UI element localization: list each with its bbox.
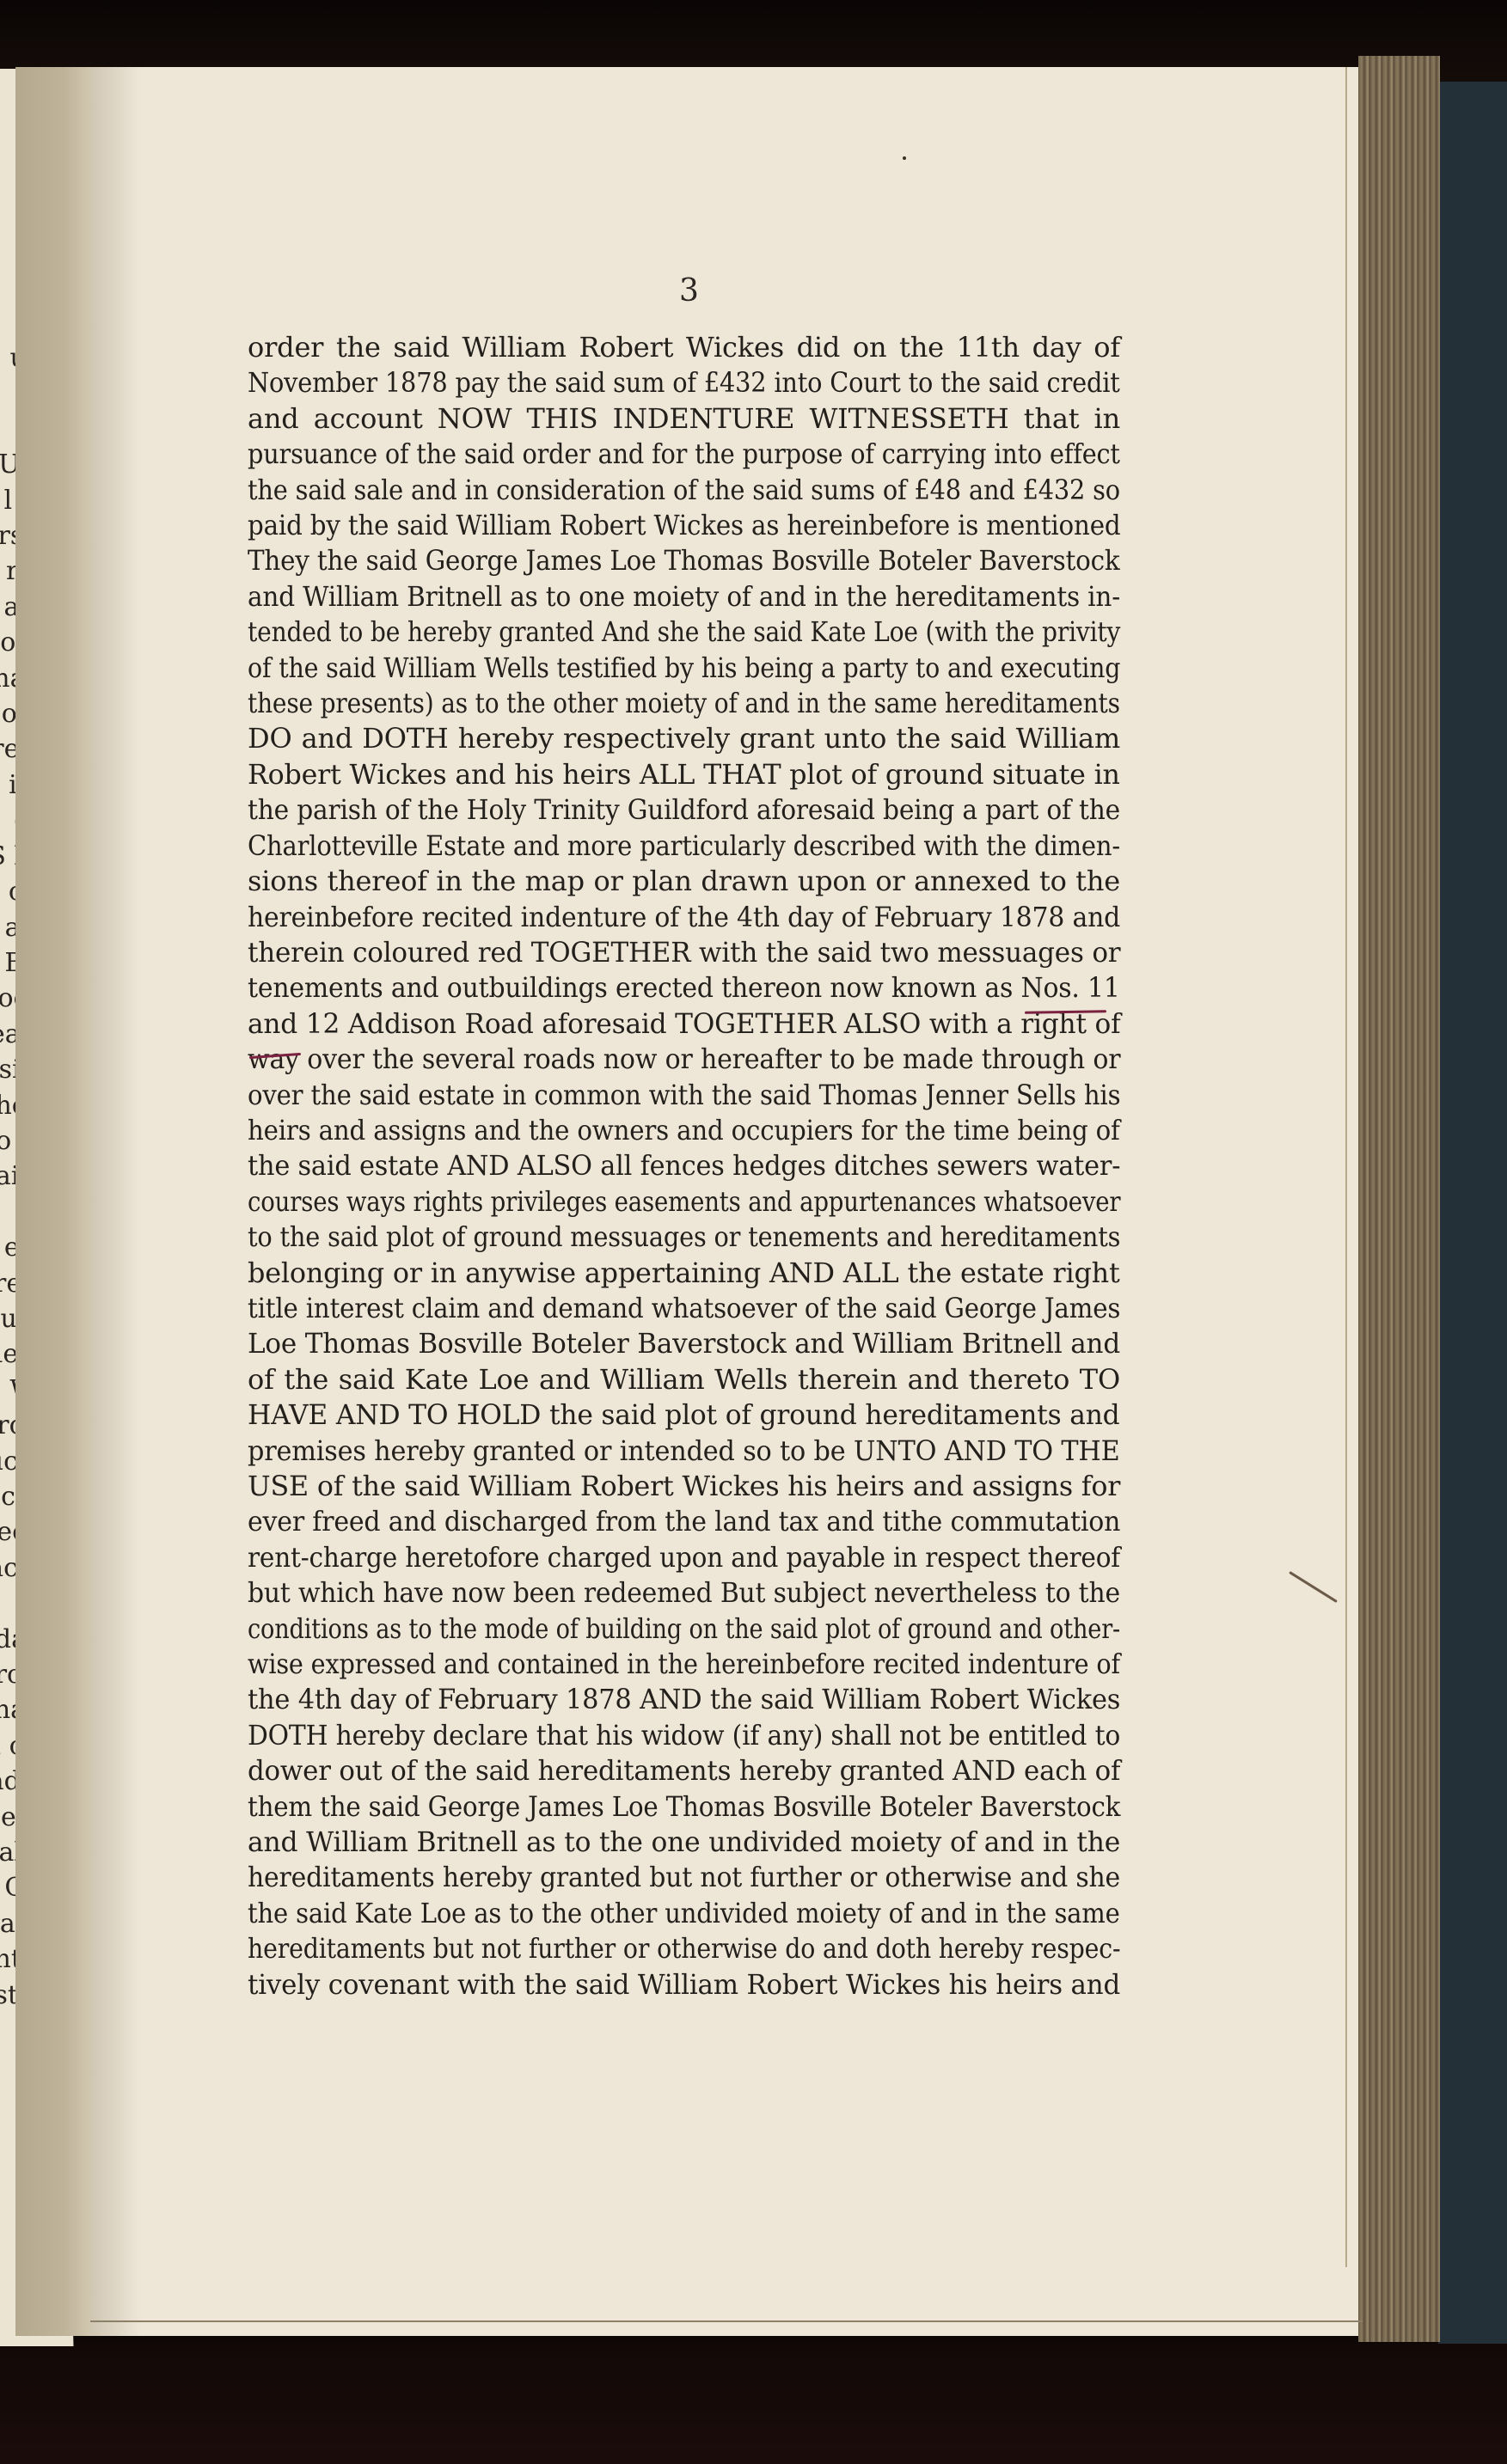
text-line: and account NOW THIS INDENTURE WITNESSET… xyxy=(248,401,1120,437)
deed-body-text: order the said William Robert Wickes did… xyxy=(248,330,1120,2002)
book-cover-right xyxy=(1438,82,1507,2385)
text-line: HAVE AND TO HOLD the said plot of ground… xyxy=(248,1397,1101,1433)
page-edge-block xyxy=(1358,56,1440,2342)
text-line: paid by the said William Robert Wickes a… xyxy=(248,508,1047,543)
page-shade xyxy=(90,67,142,2336)
book-cover-bottom xyxy=(0,2344,1507,2464)
text-line: the said Kate Loe as to the other undivi… xyxy=(248,1896,1039,1931)
text-line: courses ways rights privileges easements… xyxy=(248,1184,999,1220)
text-line: hereinbefore recited indenture of the 4t… xyxy=(248,900,1063,935)
text-line: conditions as to the mode of building on… xyxy=(248,1611,988,1647)
text-line: therein coloured red TOGETHER with the s… xyxy=(248,935,1093,970)
text-line: ever freed and discharged from the land … xyxy=(248,1504,1064,1539)
text-line: tively covenant with the said William Ro… xyxy=(248,1967,1089,2002)
text-line: and 12 Addison Road aforesaid TOGETHER A… xyxy=(248,1006,1099,1042)
text-line: the said estate AND ALSO all fences hedg… xyxy=(248,1148,1075,1183)
text-line: way over the several roads now or hereaf… xyxy=(248,1042,1065,1077)
page-gutter-shadow xyxy=(15,67,97,2336)
text-line: wise expressed and contained in the here… xyxy=(248,1647,1030,1682)
text-line: tended to be hereby granted And she the … xyxy=(248,614,1014,650)
text-line: the said sale and in consideration of th… xyxy=(248,473,1033,508)
text-line: tenements and outbuildings erected there… xyxy=(248,970,1063,1006)
text-line: dower out of the said hereditaments here… xyxy=(248,1753,1088,1788)
text-line: USE of the said William Robert Wickes hi… xyxy=(248,1469,1112,1504)
text-line: hereditaments hereby granted but not fur… xyxy=(248,1860,1063,1895)
text-line: these presents) as to the other moiety o… xyxy=(248,686,1011,721)
text-line: the parish of the Holy Trinity Guildford… xyxy=(248,792,1056,828)
page-bottom-fold xyxy=(90,2320,1363,2322)
text-line: title interest claim and demand whatsoev… xyxy=(248,1291,1045,1326)
text-line: DOTH hereby declare that his widow (if a… xyxy=(248,1718,1059,1753)
text-line: premises hereby granted or intended so t… xyxy=(248,1434,1074,1469)
text-line: rent-charge heretofore charged upon and … xyxy=(248,1540,1053,1575)
text-line: the 4th day of February 1878 AND the sai… xyxy=(248,1682,1077,1717)
text-line: them the said George James Loe Thomas Bo… xyxy=(248,1789,1046,1825)
text-line: of the said Kate Loe and William Wells t… xyxy=(248,1362,1120,1397)
text-line: Charlotteville Estate and more particula… xyxy=(248,828,1038,864)
text-line: November 1878 pay the said sum of £432 i… xyxy=(248,365,1032,400)
text-line: but which have now been redeemed But sub… xyxy=(248,1575,1060,1611)
page-number: 3 xyxy=(679,273,699,309)
text-line: order the said William Robert Wickes did… xyxy=(248,330,1120,365)
text-line: hereditaments but not further or otherwi… xyxy=(248,1931,1022,1966)
text-line: sions thereof in the map or plan drawn u… xyxy=(248,864,1120,899)
text-line: They the said George James Loe Thomas Bo… xyxy=(248,543,1048,578)
text-line: pursuance of the said order and for the … xyxy=(248,437,1031,472)
text-line: Robert Wickes and his heirs ALL THAT plo… xyxy=(248,757,1112,792)
paper-speck xyxy=(903,156,906,160)
text-line: Loe Thomas Bosville Boteler Baverstock a… xyxy=(248,1326,1093,1361)
text-line: to the said plot of ground messuages or … xyxy=(248,1220,1032,1255)
page-edge-line xyxy=(1345,67,1347,2267)
text-line: belonging or in anywise appertaining AND… xyxy=(248,1256,1117,1291)
text-line: of the said William Wells testified by h… xyxy=(248,651,1024,686)
text-line: and William Britnell as to the one undiv… xyxy=(248,1825,1101,1860)
text-line: and William Britnell as to one moiety of… xyxy=(248,579,1052,614)
text-line: over the said estate in common with the … xyxy=(248,1078,1042,1113)
text-line: DO and DOTH hereby respectively grant un… xyxy=(248,721,1120,756)
text-line: heirs and assigns and the owners and occ… xyxy=(248,1113,1044,1148)
